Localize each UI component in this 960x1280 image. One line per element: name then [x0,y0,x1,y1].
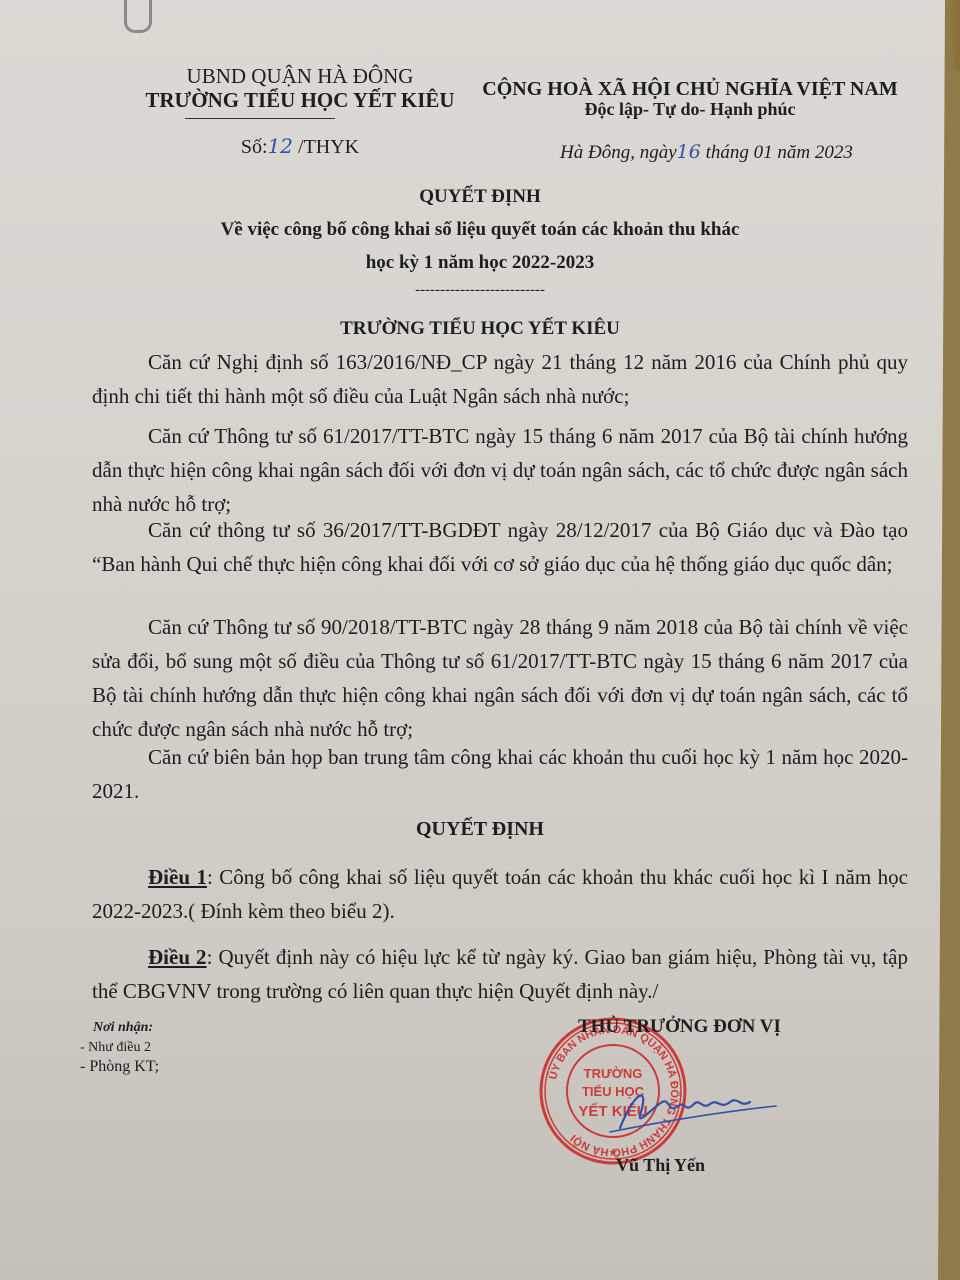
article-2: Điều 2: Quyết định này có hiệu lực kể từ… [92,940,908,1008]
handwritten-signature-icon [590,1080,780,1140]
authority-name: UBND QUẬN HÀ ĐÔNG [130,64,470,89]
article-label: Điều 2 [148,945,207,969]
article-text: : Công bố công khai số liệu quyết toán c… [92,865,908,923]
article-label: Điều 1 [148,865,207,889]
legal-basis-1: Căn cứ Nghị định số 163/2016/NĐ_CP ngày … [92,345,908,413]
nation-title: CỘNG HOÀ XÃ HỘI CHỦ NGHĨA VIỆT NAM [470,78,910,101]
header-divider [185,118,335,119]
issuer-heading: TRƯỜNG TIỂU HỌC YẾT KIÊU [0,318,960,340]
doc-no-suffix: /THYK [293,136,359,158]
decision-heading: QUYẾT ĐỊNH [0,818,960,841]
legal-basis-2: Căn cứ Thông tư số 61/2017/TT-BTC ngày 1… [92,419,908,521]
recipient-item: - Phòng KT; [80,1058,159,1076]
legal-basis-text: Căn cứ Nghị định số 163/2016/NĐ_CP ngày … [92,350,908,408]
title-separator: -------------------------- [0,282,960,299]
document-subject-line-2: học kỳ 1 năm học 2022-2023 [0,252,960,274]
article-1: Điều 1: Công bố công khai số liệu quyết … [92,860,908,928]
signatory-name: Vũ Thị Yến [616,1155,705,1176]
nation-motto: Độc lập- Tự do- Hạnh phúc [470,99,910,120]
paperclip-icon [124,0,152,33]
signatory-title: THỦ TRƯỞNG ĐƠN VỊ [578,1016,781,1038]
stamp-line-1: TRƯỜNG [584,1066,643,1081]
document-number: Số:12 /THYK [130,134,470,159]
issue-date: Hà Đông, ngày16 tháng 01 năm 2023 [560,141,853,164]
legal-basis-5: Căn cứ biên bản họp ban trung tâm công k… [92,740,908,808]
date-suffix: tháng 01 năm 2023 [701,142,853,163]
legal-basis-text: Căn cứ Thông tư số 61/2017/TT-BTC ngày 1… [92,424,908,516]
legal-basis-3: Căn cứ thông tư số 36/2017/TT-BGDĐT ngày… [92,513,908,581]
recipients-heading: Nơi nhận: [93,1020,153,1036]
article-text: : Quyết định này có hiệu lực kể từ ngày … [92,945,908,1003]
legal-basis-text: Căn cứ biên bản họp ban trung tâm công k… [92,745,908,803]
doc-no-handwritten: 12 [268,134,293,158]
document-title: QUYẾT ĐỊNH [0,186,960,208]
document-subject-line-1: Về việc công bố công khai số liệu quyết … [0,219,960,241]
legal-basis-text: Căn cứ thông tư số 36/2017/TT-BGDĐT ngày… [92,518,908,576]
school-name: TRƯỜNG TIỂU HỌC YẾT KIÊU [130,88,470,113]
recipient-item: - Như điều 2 [80,1040,151,1056]
legal-basis-text: Căn cứ Thông tư số 90/2018/TT-BTC ngày 2… [92,615,908,741]
date-prefix: Hà Đông, ngày [560,142,677,163]
doc-no-prefix: Số: [241,136,268,158]
date-day-handwritten: 16 [677,141,701,163]
legal-basis-4: Căn cứ Thông tư số 90/2018/TT-BTC ngày 2… [92,610,908,746]
